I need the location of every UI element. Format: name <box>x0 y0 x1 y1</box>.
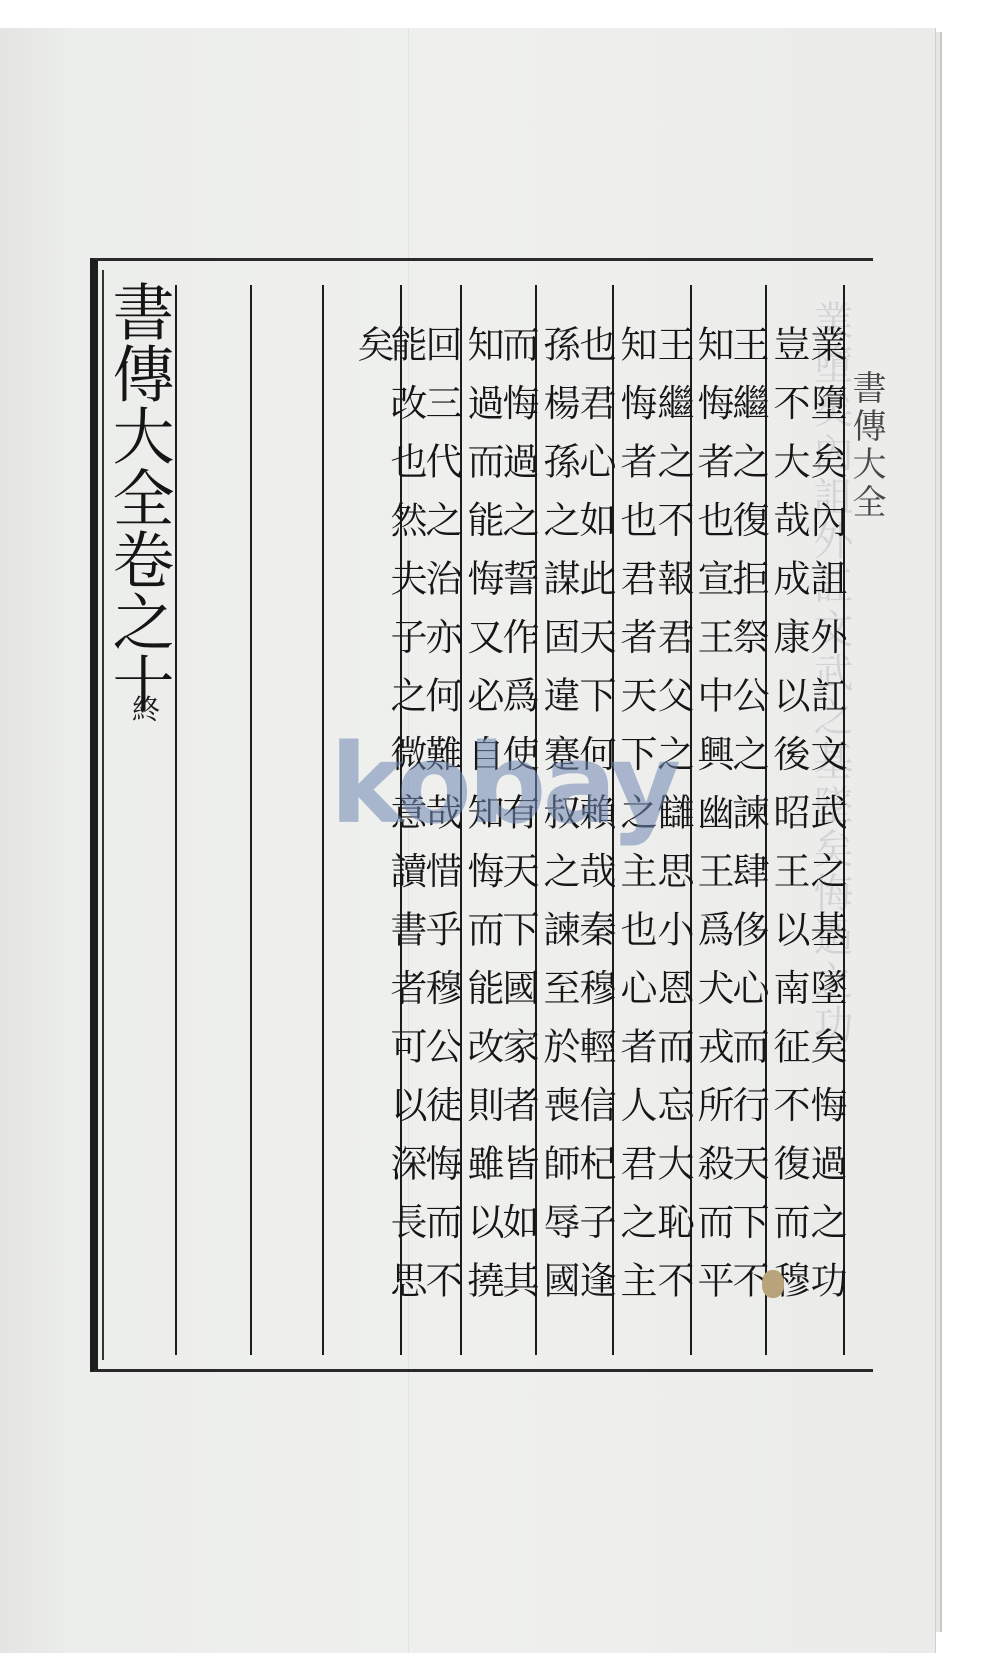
column-rule <box>322 285 324 1355</box>
column-rule <box>250 285 252 1355</box>
text-column-13: 矣 <box>352 325 392 384</box>
paper-stain <box>762 1270 784 1298</box>
watermark: kobay <box>330 720 677 848</box>
text-column-4: 知悔者也宣王中興幽王爲犬戎所殺而平 <box>692 325 732 1320</box>
text-column-2: 豈不大哉成康以後昭王以南征不復而穆 <box>768 325 808 1320</box>
adjacent-page-fragment: 書傳大全 <box>842 370 891 522</box>
column-rule <box>175 285 177 1355</box>
text-column-1: 業墮矣內詛外訌文武之基墜矣悔過之功 <box>805 325 845 1320</box>
end-marker: 終 <box>132 688 160 728</box>
volume-title: 書傳大全卷之十 <box>103 280 173 714</box>
